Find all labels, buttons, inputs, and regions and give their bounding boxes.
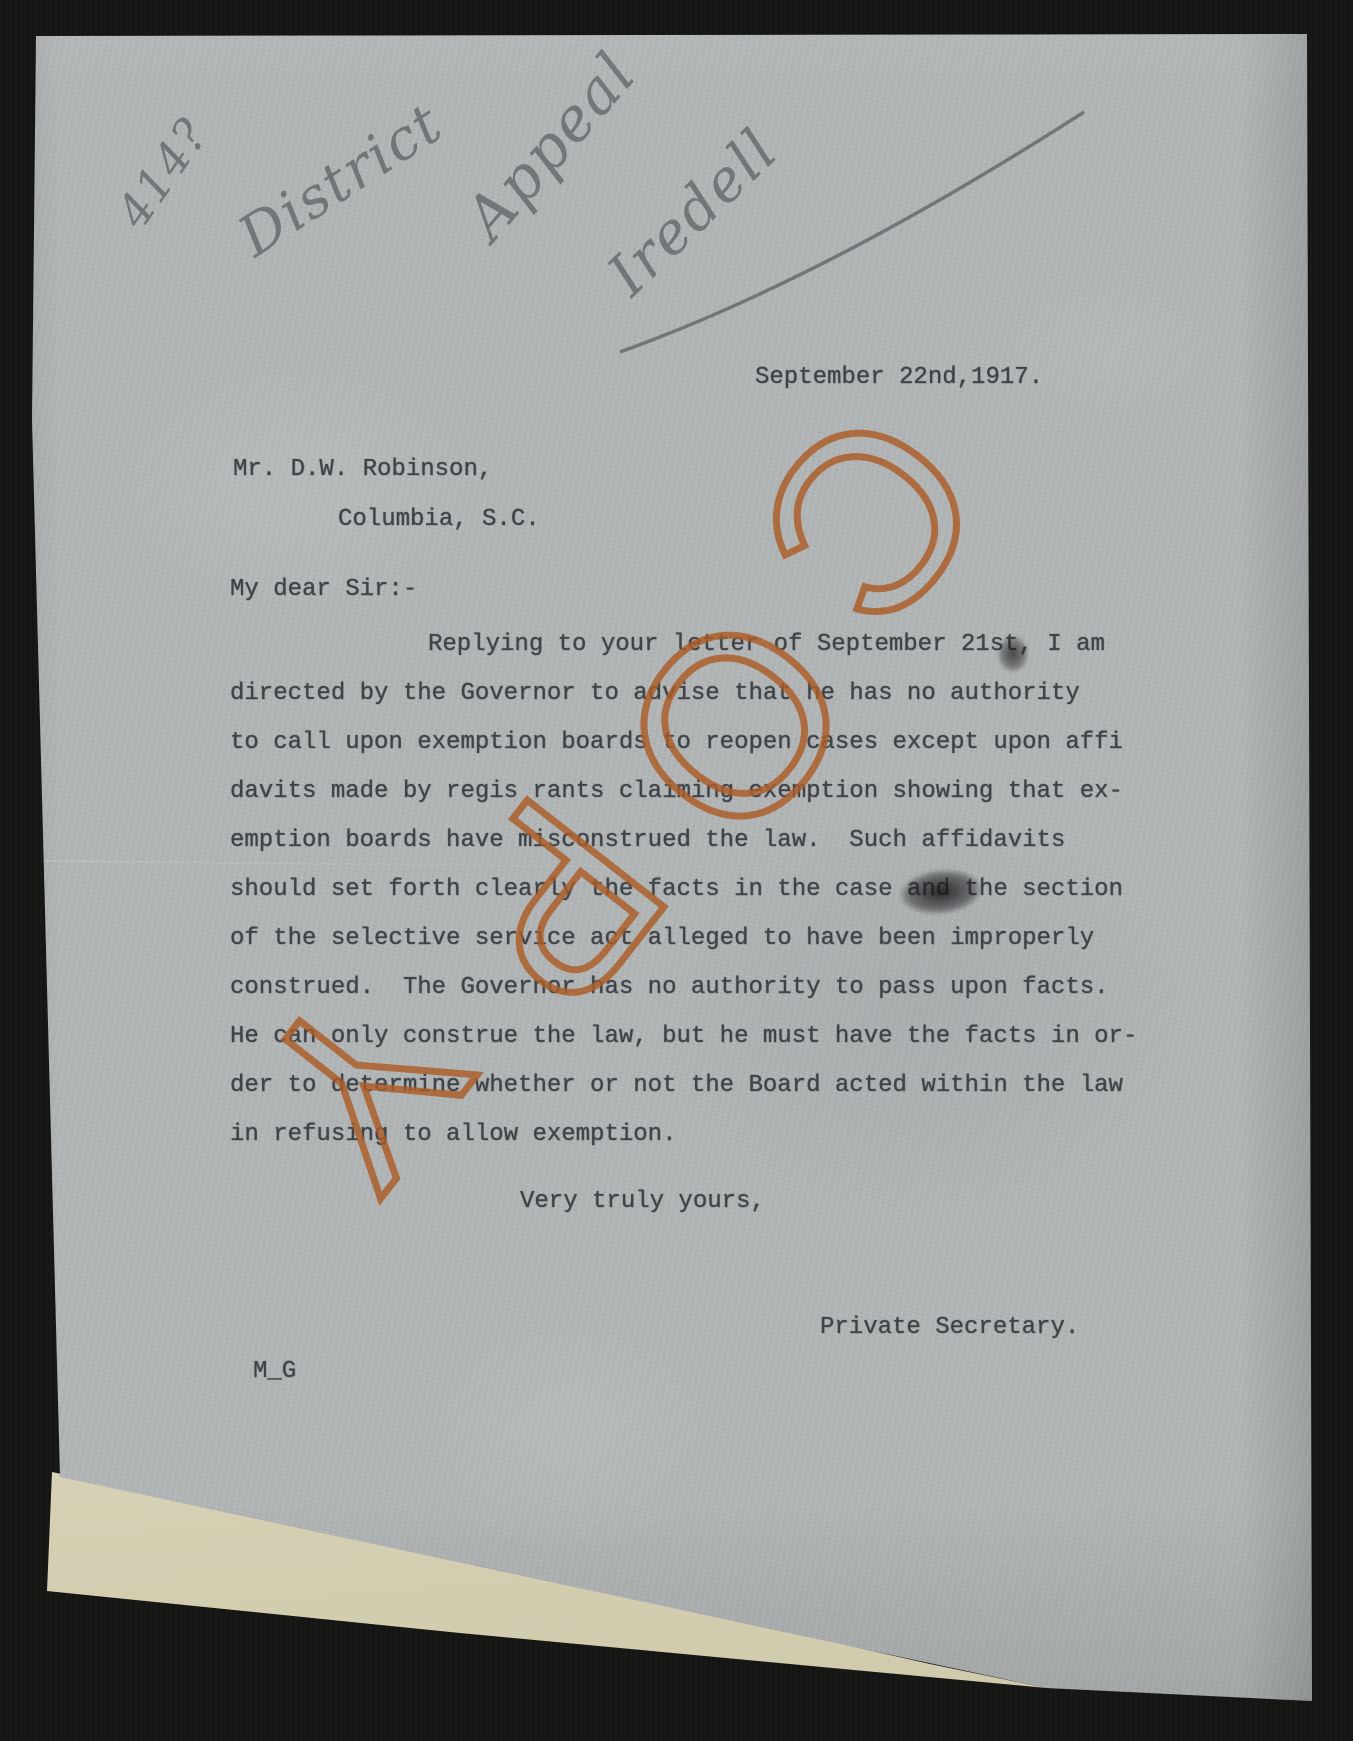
annotation-iredell: Iredell — [594, 115, 791, 308]
annotation-district: District — [227, 91, 454, 270]
ink-smudge — [898, 866, 984, 918]
annotation-appeal: Appeal — [452, 39, 651, 253]
annotation-case-number: 414? — [106, 108, 219, 238]
letter-paper: 414? District Appeal Iredell September 2… — [0, 0, 1353, 1741]
body-line: emption boards have misconstrued the law… — [230, 827, 1065, 855]
recipient-city: Columbia, S.C. — [338, 506, 540, 534]
salutation: My dear Sir:- — [230, 576, 417, 604]
typist-initials: M_G — [253, 1358, 296, 1386]
recipient-name: Mr. D.W. Robinson, — [233, 456, 492, 484]
scanned-letter-page: { "annotations": { "number": "414?", "di… — [0, 0, 1353, 1741]
signature-title: Private Secretary. — [820, 1314, 1079, 1342]
ink-smudge-small — [998, 636, 1028, 672]
closing: Very truly yours, — [520, 1188, 765, 1216]
